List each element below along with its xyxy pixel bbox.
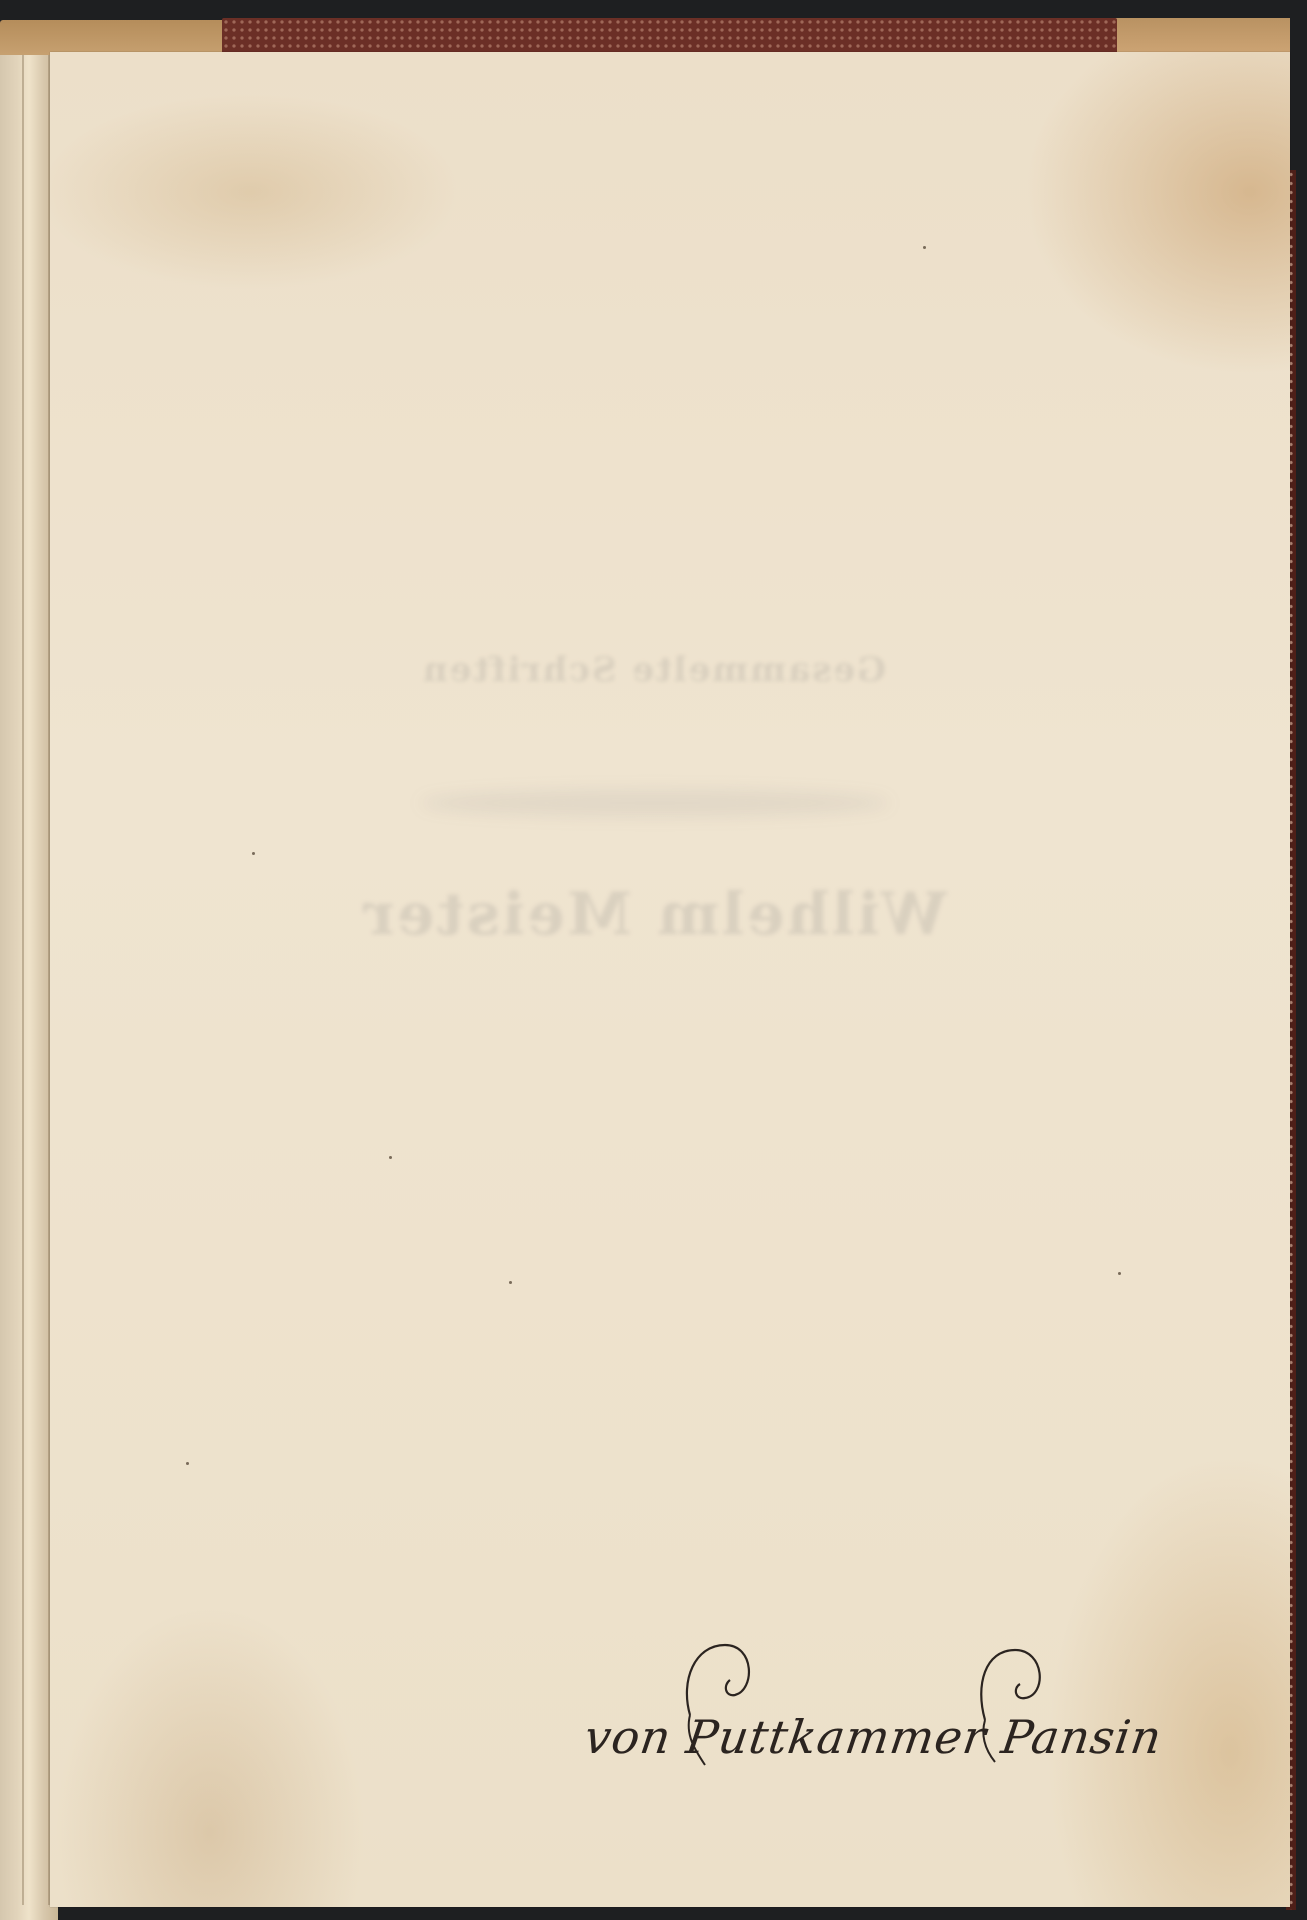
paper-speck: [186, 1462, 189, 1465]
paper-speck: [389, 1156, 392, 1159]
ownership-inscription: von Puttkammer Pansin: [585, 1640, 1145, 1780]
hinge-line: [22, 55, 24, 1905]
showthrough-text-line-1: Gesammelte Schriften: [0, 650, 1307, 690]
inscription-text: von Puttkammer Pansin: [581, 1710, 1165, 1764]
paper-speck: [252, 852, 255, 855]
paper-speck: [1118, 1272, 1121, 1275]
scanned-page: Gesammelte Schriften Wilhelm Meister von…: [0, 0, 1307, 1920]
paper-speck: [923, 246, 926, 249]
showthrough-text-line-2: Wilhelm Meister: [0, 880, 1307, 948]
paper-speck: [509, 1281, 512, 1284]
showthrough-ornament: [420, 790, 890, 816]
paper-leaf: [50, 52, 1290, 1907]
cloth-binding-head: [222, 18, 1117, 56]
